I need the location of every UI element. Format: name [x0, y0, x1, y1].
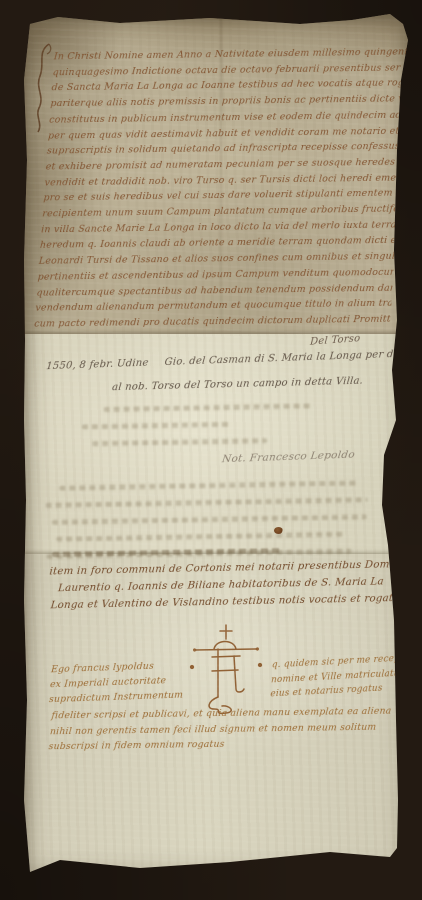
spacer [148, 365, 164, 366]
subscription-right-block: q. quidem sic per me receptumnomine et V… [270, 651, 407, 702]
subscription-bottom-block: fideliter scripsi et publicavi, et quia … [48, 704, 397, 755]
latin-deed-text-block: In Christi Nomine amen Anno a Nativitate… [34, 44, 411, 332]
subscription-left-block: Ego francus lypoldusex Imperiali auctori… [48, 658, 186, 708]
manuscript-sheet: In Christi Nomine amen Anno a Nativitate… [24, 13, 409, 877]
bleedthrough-line [46, 497, 368, 508]
bleedthrough-line [82, 422, 232, 430]
witness-clause-block: item in foro communi de Cortonis mei not… [46, 556, 390, 614]
bleedthrough-line [56, 532, 346, 542]
ink-stain [274, 527, 283, 534]
bleedthrough-line [52, 514, 367, 524]
bleedthrough-line [92, 438, 267, 446]
